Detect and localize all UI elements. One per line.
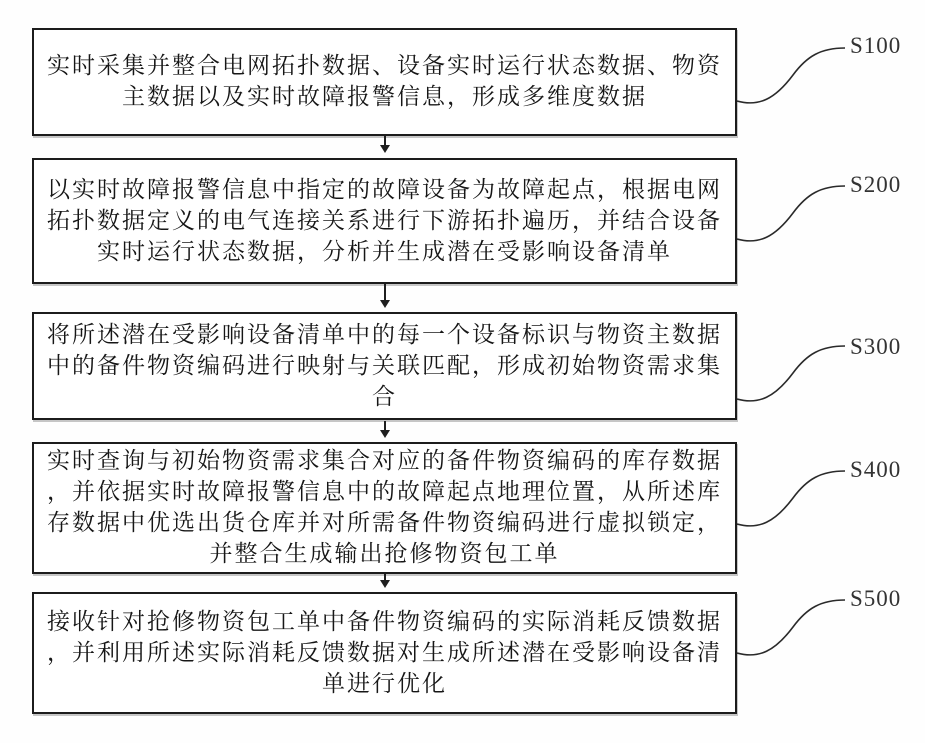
step-text-s200: 以实时故障报警信息中指定的故障设备为故障起点，根据电网 拓扑数据定义的电气连接关…: [47, 175, 722, 268]
connector-curve-s100: [737, 43, 849, 105]
step-label-s100: S100: [850, 33, 920, 59]
step-box-s500: 接收针对抢修物资包工单中备件物资编码的实际消耗反馈数据 ，并利用所述实际消耗反馈…: [32, 592, 737, 714]
step-text-s400: 实时查询与初始物资需求集合对应的备件物资编码的库存数据 ，并依据实时故障报警信息…: [47, 446, 722, 570]
connector-curve-s500: [737, 595, 849, 657]
patent-flowchart: 实时采集并整合电网拓扑数据、设备实时运行状态数据、物资 主数据以及实时故障报警信…: [0, 0, 925, 743]
connector-curve-s400: [737, 466, 849, 528]
step-text-s500: 接收针对抢修物资包工单中备件物资编码的实际消耗反馈数据 ，并利用所述实际消耗反馈…: [47, 607, 722, 700]
step-box-s200: 以实时故障报警信息中指定的故障设备为故障起点，根据电网 拓扑数据定义的电气连接关…: [32, 158, 737, 284]
step-label-s400: S400: [850, 457, 920, 483]
step-label-s300: S300: [850, 334, 920, 360]
down-arrow-icon: [384, 574, 386, 585]
step-box-s300: 将所述潜在受影响设备清单中的每一个设备标识与物资主数据 中的备件物资编码进行映射…: [32, 312, 737, 420]
step-box-s400: 实时查询与初始物资需求集合对应的备件物资编码的库存数据 ，并依据实时故障报警信息…: [32, 442, 737, 574]
step-label-s500: S500: [850, 586, 920, 612]
down-arrow-icon: [384, 136, 386, 150]
connector-curve-s300: [737, 341, 849, 403]
down-arrow-icon: [384, 284, 386, 305]
step-label-s200: S200: [850, 172, 920, 198]
connector-curve-s200: [737, 181, 849, 243]
step-text-s100: 实时采集并整合电网拓扑数据、设备实时运行状态数据、物资 主数据以及实时故障报警信…: [47, 51, 722, 113]
down-arrow-icon: [384, 421, 386, 435]
step-text-s300: 将所述潜在受影响设备清单中的每一个设备标识与物资主数据 中的备件物资编码进行映射…: [47, 320, 722, 413]
step-box-s100: 实时采集并整合电网拓扑数据、设备实时运行状态数据、物资 主数据以及实时故障报警信…: [32, 28, 737, 136]
